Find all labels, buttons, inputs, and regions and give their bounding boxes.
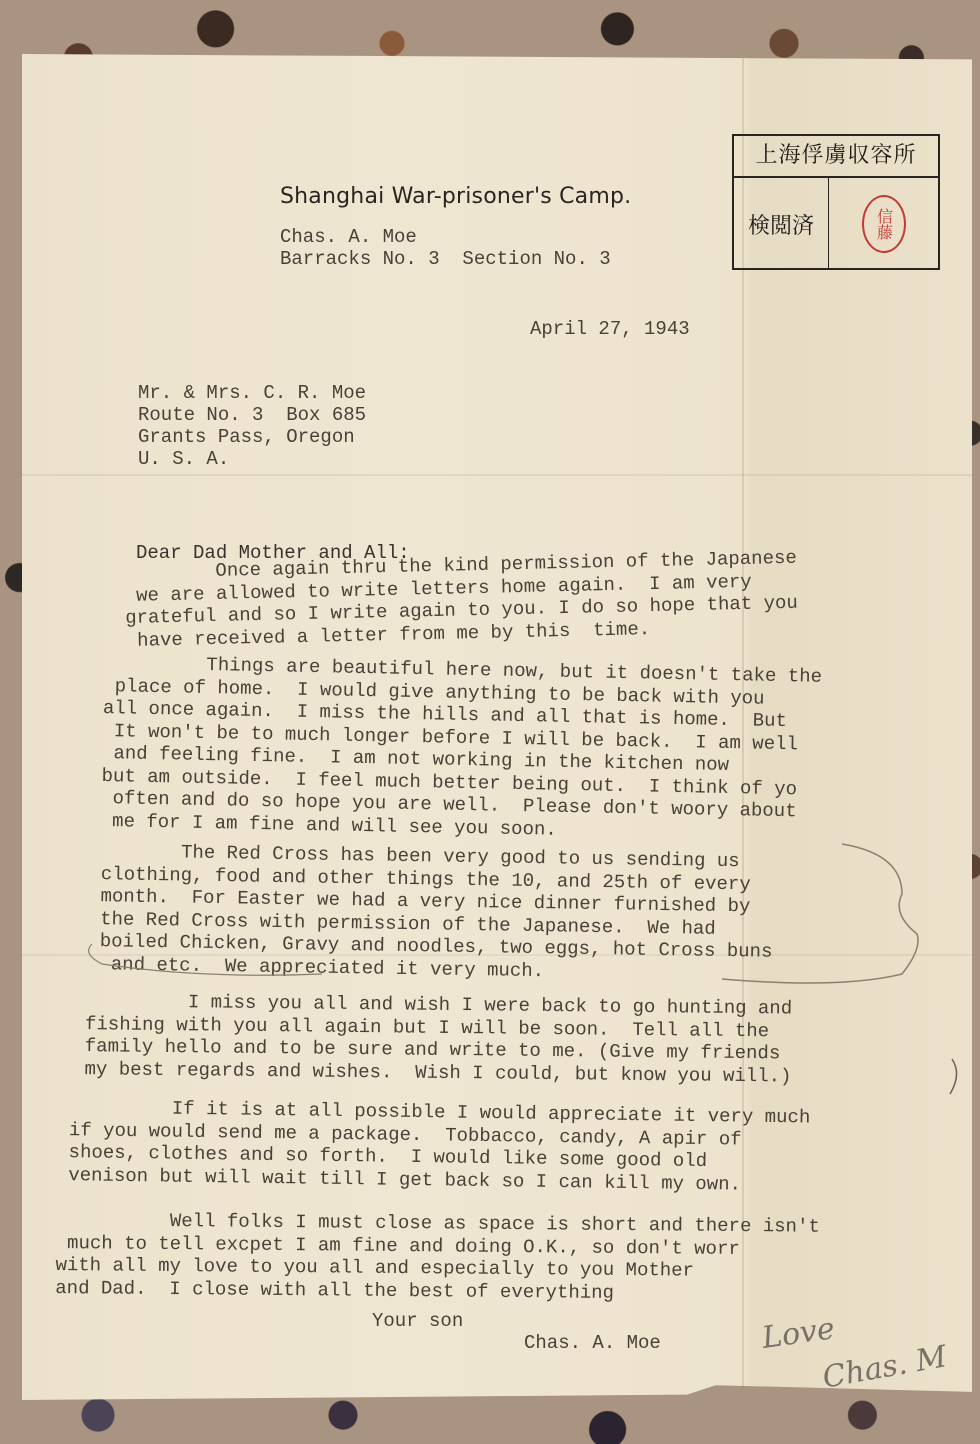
body-paragraph-3: The Red Cross has been very good to us s… bbox=[88, 840, 774, 986]
body-paragraph-6: Well folks I must close as space is shor… bbox=[55, 1209, 820, 1306]
body-paragraph-1: Once again thru the kind permission of t… bbox=[124, 547, 799, 652]
typed-signature: Chas. A. Moe bbox=[524, 1332, 661, 1354]
body-paragraph-2: Things are beautiful here now, but it do… bbox=[101, 652, 823, 846]
recipient-line-2: Route No. 3 Box 685 bbox=[138, 404, 366, 426]
letter-paper: Shanghai War-prisoner's Camp. Chas. A. M… bbox=[22, 54, 972, 1400]
closing: Your son bbox=[372, 1310, 463, 1332]
sender-name: Chas. A. Moe bbox=[280, 226, 417, 248]
handwritten-love: Love bbox=[760, 1311, 837, 1356]
censor-stamp: 上海俘虜収容所 検閲済 信藤 bbox=[732, 134, 940, 270]
handwritten-signature: Chas. M bbox=[820, 1339, 950, 1395]
censor-seal-icon: 信藤 bbox=[862, 195, 906, 253]
recipient-line-1: Mr. & Mrs. C. R. Moe bbox=[138, 382, 366, 404]
body-paragraph-4: I miss you all and wish I were back to g… bbox=[73, 990, 792, 1088]
censor-stamp-label: 検閲済 bbox=[734, 178, 829, 270]
recipient-address: Mr. & Mrs. C. R. Moe Route No. 3 Box 685… bbox=[138, 382, 366, 470]
letterhead-title: Shanghai War-prisoner's Camp. bbox=[280, 184, 631, 209]
body-paragraph-5: If it is at all possible I would appreci… bbox=[57, 1096, 811, 1196]
recipient-line-3: Grants Pass, Oregon bbox=[138, 426, 355, 448]
censor-stamp-title: 上海俘虜収容所 bbox=[734, 136, 938, 178]
recipient-line-4: U. S. A. bbox=[138, 448, 229, 470]
letter-date: April 27, 1943 bbox=[530, 318, 690, 340]
sender-location: Barracks No. 3 Section No. 3 bbox=[280, 248, 611, 270]
fold-line-horizontal bbox=[22, 474, 972, 476]
sender-block: Chas. A. Moe Barracks No. 3 Section No. … bbox=[280, 226, 611, 270]
